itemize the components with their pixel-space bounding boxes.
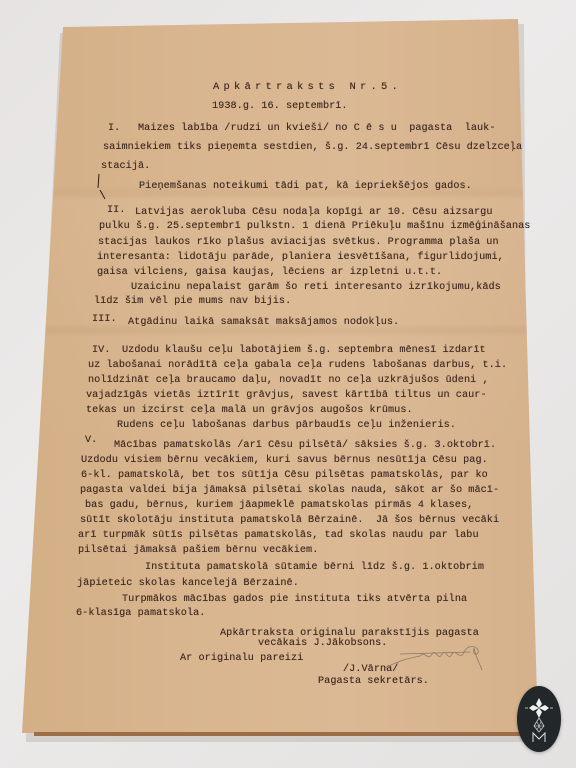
pen-mark-icon: [96, 172, 122, 204]
section-line: Rudens ceļu labošanas darbus pārbaudīs c…: [117, 419, 456, 432]
section-line: Maizes labība /rudzi un kvieši/ no C ē s…: [138, 122, 495, 135]
section-line: saimniekiem tiks pieņemta sestdien, š.g.…: [103, 141, 522, 154]
certified-text: Ar originalu pareizi: [180, 652, 303, 665]
section-line: stacijas laukos rīko plašus aviacijas sv…: [98, 236, 499, 249]
section-line: gaisa vilciens, gaisa kaujas, lēciens ar…: [97, 266, 442, 279]
section-line: Uzaicinu nepalaist garām šo reti interes…: [131, 281, 501, 294]
section-line: bas gadu, bērnus, kuriem jāapmeklē pamat…: [85, 499, 473, 512]
watermark-badge: [517, 686, 561, 752]
section-line: pulku š.g. 25.septembrī pulkstn. 1 dienā…: [99, 220, 530, 233]
folk-ornament-logo-icon: [517, 686, 561, 752]
section-line: jāpieteic skolas kancelejā Bērzainē.: [77, 577, 299, 590]
section-line: pagasta valdei bija jāmaksā pilsētai sko…: [80, 484, 499, 497]
section-numeral: III.: [92, 313, 117, 326]
section-line: uz labošanai norādītā ceļa gabala ceļa r…: [88, 359, 507, 372]
section-line: Atgādinu laikā samaksāt maksājamos nodok…: [128, 316, 399, 329]
section-numeral: I.: [108, 122, 120, 135]
section-line: līdz šim vēl pie mums nav bijis.: [94, 295, 291, 308]
closing-line: vecākais J.Jākobsons.: [258, 637, 387, 650]
section-line: Turpmākos mācības gados pie instituta ti…: [122, 593, 467, 606]
signer-title: Pagasta sekretārs.: [318, 675, 429, 688]
section-line: arī turpmāk sūtīs pilsētas pamatskolās, …: [78, 529, 479, 542]
section-line: Pieņemšanas noteikumi tādi pat, kā iepri…: [139, 180, 472, 193]
document-title: Apkārtraksts Nr.5.: [213, 81, 402, 94]
section-line: Latvijas aerokluba Cēsu nodaļa kopīgi ar…: [135, 206, 492, 219]
handwritten-signature-icon: [380, 640, 510, 676]
section-line: interesanta: lidotāju parāde, planiera i…: [97, 251, 504, 264]
section-numeral: V.: [85, 434, 97, 447]
section-line: tekas un izcirst ceļa malā un grāvjos au…: [86, 404, 413, 417]
document-date: 1938.g. 16. septembrī.: [212, 100, 348, 113]
section-line: sūtīt skolotāju instituta pamatskolā Bēr…: [80, 514, 499, 527]
section-line: nolīdzināt ceļa braucamo daļu, novadīt n…: [88, 374, 489, 387]
section-line: vajadzīgās vietās iztīrīt grāvjus, saves…: [86, 389, 487, 402]
section-line: 6-kl. pamatskolā, bet tos sūtīja Cēsu pi…: [81, 469, 488, 482]
section-line: Instituta pamatskolā sūtamie bērni līdz …: [145, 561, 484, 574]
section-line: Mācības pamatskolās /arī Cēsu pilsētā/ s…: [114, 439, 496, 452]
section-line: Uzdodu visiem bērnu vecākiem, kuri savus…: [81, 454, 488, 467]
section-line: pilsētai jāmaksā pašiem bērnu vecākiem.: [78, 544, 318, 557]
section-line: Uzdodu klaušu ceļu labotājiem š.g. septe…: [122, 344, 486, 357]
section-numeral: II.: [107, 204, 126, 217]
section-numeral: IV.: [92, 344, 111, 357]
section-line: 6-klasīga pamatskola.: [76, 607, 205, 620]
